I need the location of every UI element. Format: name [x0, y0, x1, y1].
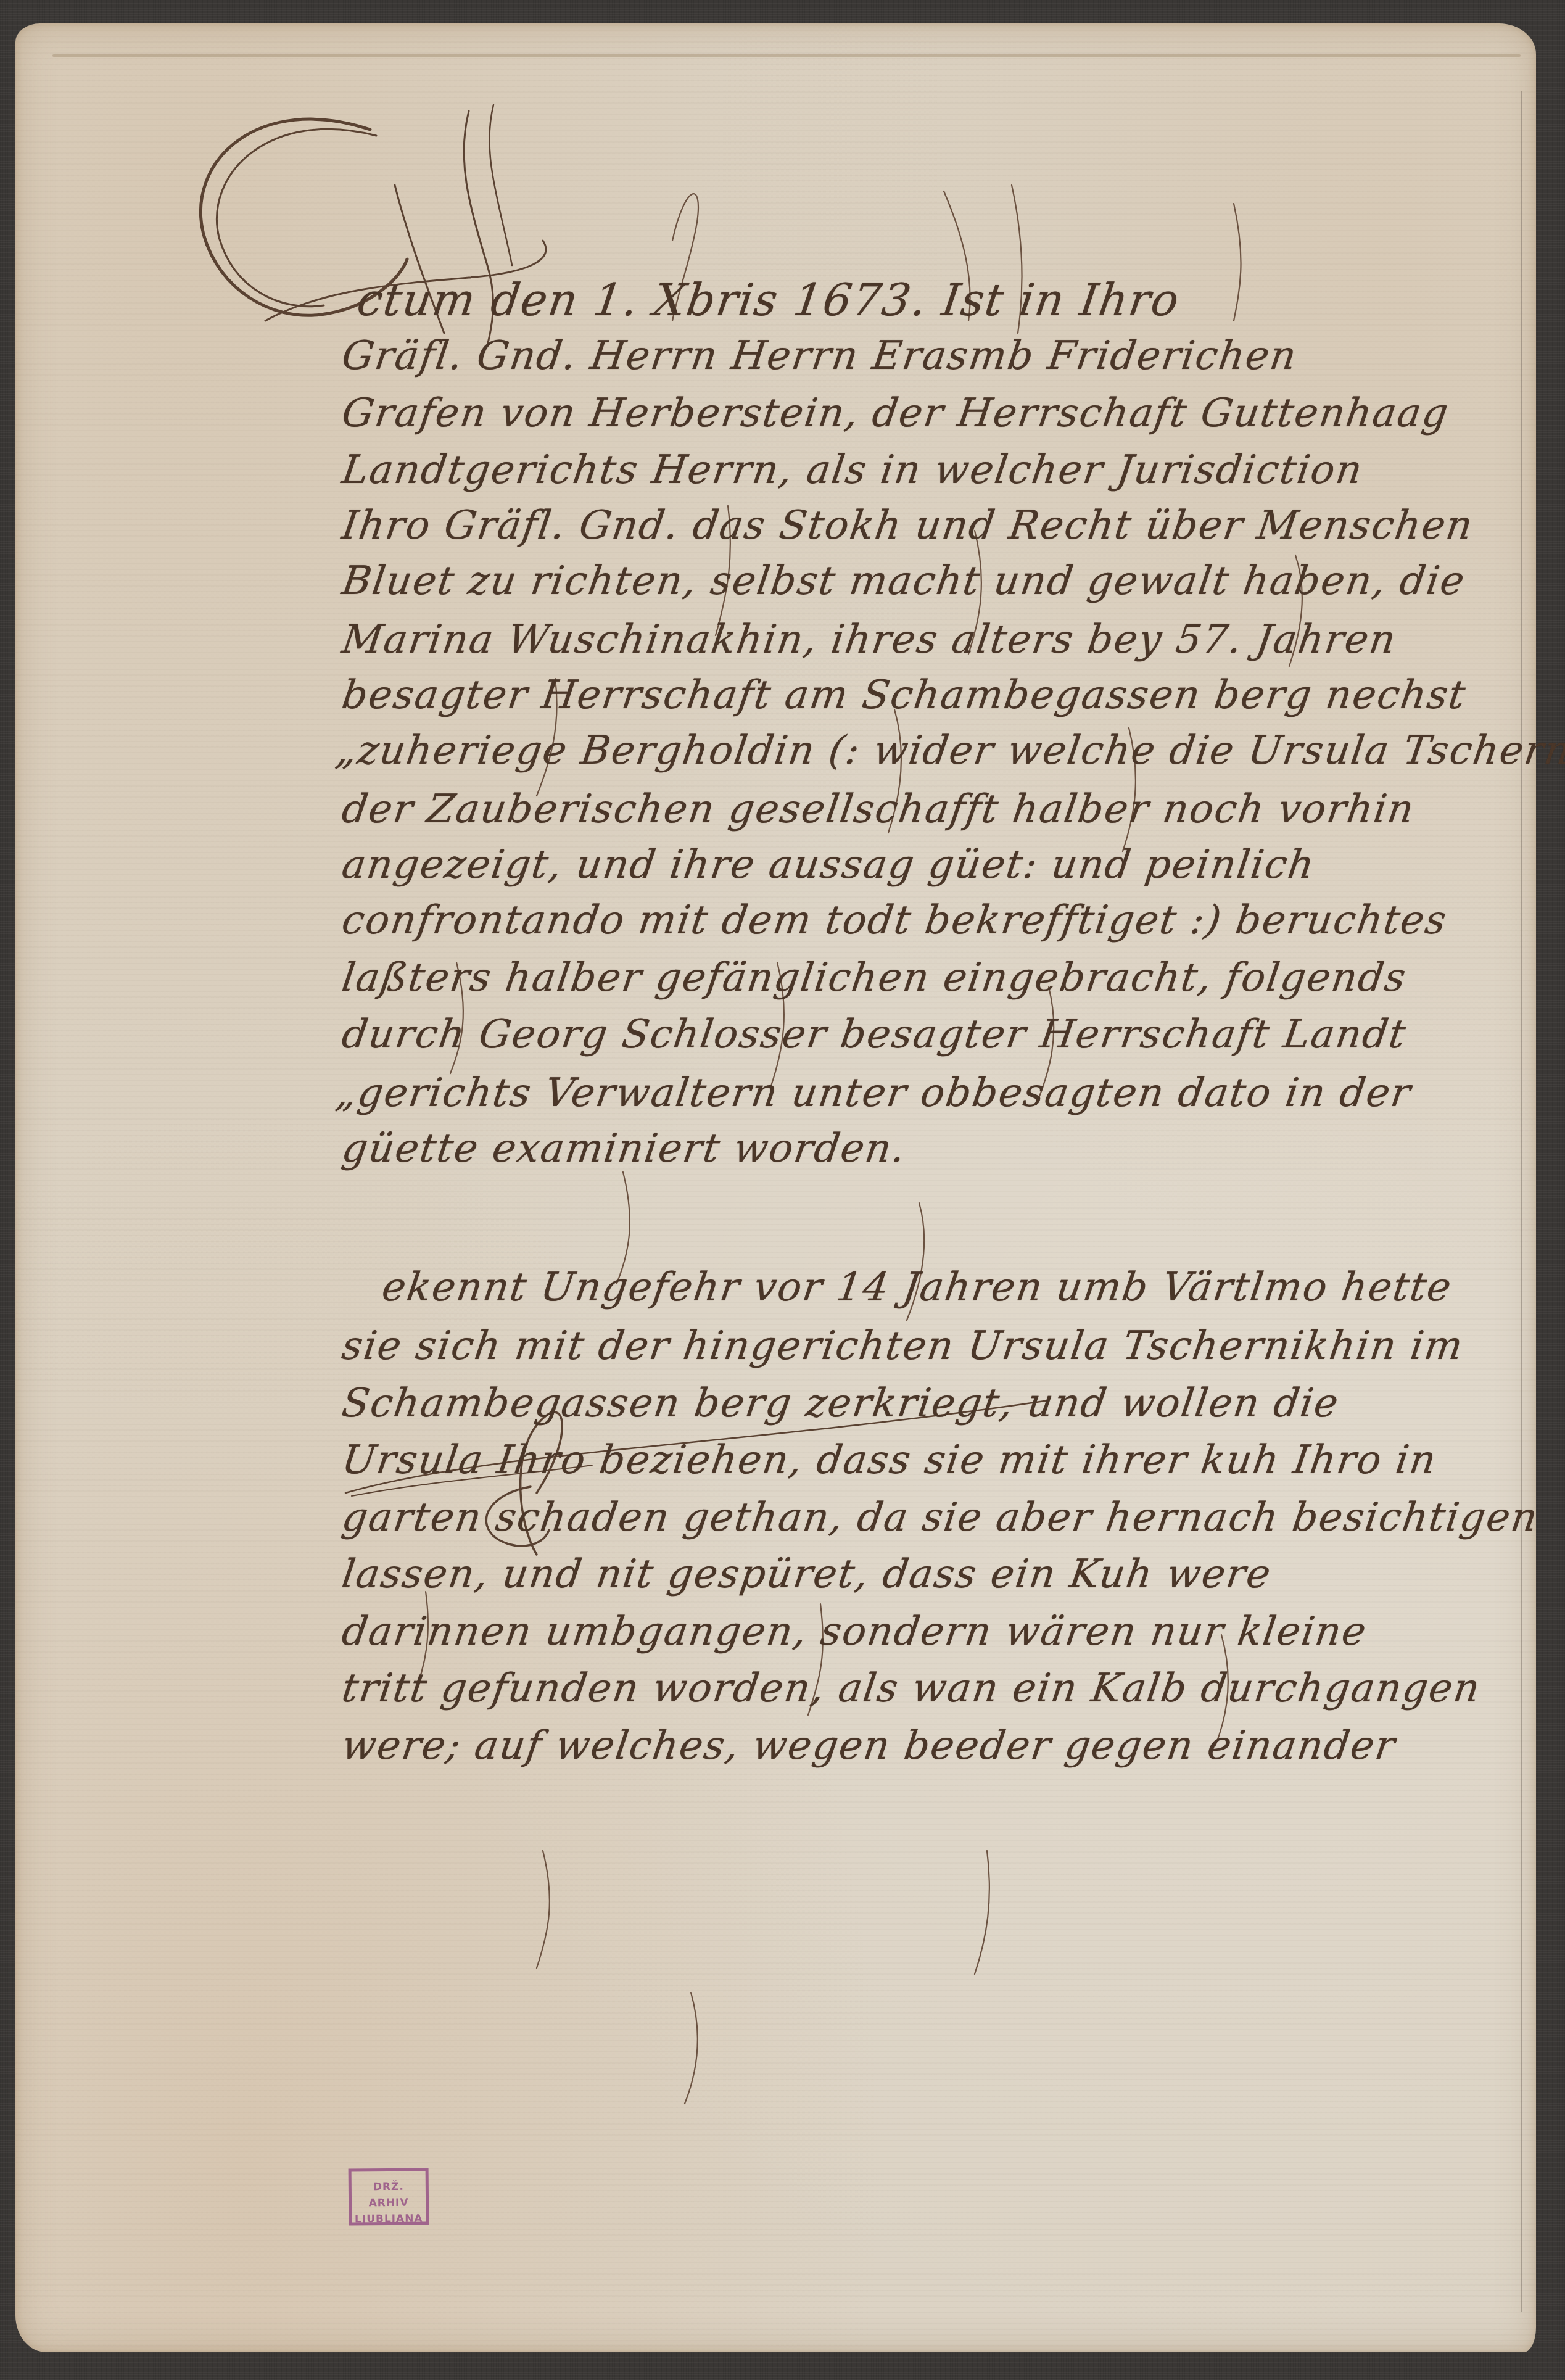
- manuscript-line: durch Georg Schlosser besagter Herrschaf…: [340, 1015, 1410, 1054]
- manuscript-line: Landtgerichts Herrn, als in welcher Juri…: [340, 450, 1366, 490]
- stamp-line-1: DRŽ. ARHIV: [352, 2178, 426, 2211]
- stamp-line-2: LJUBLJANA: [352, 2210, 426, 2227]
- manuscript-line: Bluet zu richten, selbst macht und gewal…: [340, 561, 1468, 601]
- manuscript-line: tritt gefunden worden, als wan ein Kalb …: [340, 1669, 1484, 1708]
- manuscript-line: sie sich mit der hingerichten Ursula Tsc…: [340, 1326, 1466, 1366]
- manuscript-line: „zuheriege Bergholdin (: wider welche di…: [334, 731, 1565, 771]
- manuscript-line: were; auf welches, wegen beeder gegen ei…: [340, 1726, 1398, 1766]
- manuscript-line: Marina Wuschinakhin, ihres alters bey 57…: [340, 620, 1400, 659]
- manuscript-line: lassen, und nit gespüret, dass ein Kuh w…: [340, 1555, 1274, 1594]
- manuscript-line: „gerichts Verwaltern unter obbesagten da…: [334, 1073, 1414, 1113]
- manuscript-line: der Zauberischen gesellschafft halber no…: [340, 790, 1418, 829]
- manuscript-line: darinnen umbgangen, sondern wären nur kl…: [340, 1612, 1370, 1651]
- manuscript-line: Ihro Gräfl. Gnd. das Stokh und Recht übe…: [340, 506, 1476, 545]
- manuscript-line: Ursula Ihro beziehen, dass sie mit ihrer…: [340, 1440, 1440, 1480]
- manuscript-line: ekennt Ungefehr vor 14 Jahren umb Värtlm…: [380, 1268, 1455, 1307]
- manuscript-line: Gräfl. Gnd. Herrn Herrn Erasmb Friderich…: [340, 336, 1300, 376]
- manuscript-line: angezeigt, und ihre aussag güet: und pei…: [340, 845, 1318, 885]
- manuscript-line: garten schaden gethan, da sie aber herna…: [340, 1498, 1541, 1537]
- manuscript-line: laßters halber gefänglichen eingebracht,…: [340, 958, 1410, 998]
- manuscript-line: Schambegassen berg zerkriegt, und wollen…: [340, 1384, 1342, 1423]
- manuscript-line: besagter Herrschaft am Schambegassen ber…: [340, 676, 1469, 715]
- manuscript-line: güette examiniert worden.: [340, 1129, 909, 1168]
- page-fold-top: [52, 54, 1521, 57]
- manuscript-line: confrontando mit dem todt bekrefftiget :…: [340, 901, 1450, 940]
- manuscript-line: Grafen von Herberstein, der Herrschaft G…: [340, 394, 1452, 433]
- archive-stamp: DRŽ. ARHIV LJUBLJANA: [349, 2168, 429, 2225]
- manuscript-line: ctum den 1. Xbris 1673. Ist in Ihro: [355, 278, 1183, 322]
- page-fold-right: [1521, 91, 1522, 2312]
